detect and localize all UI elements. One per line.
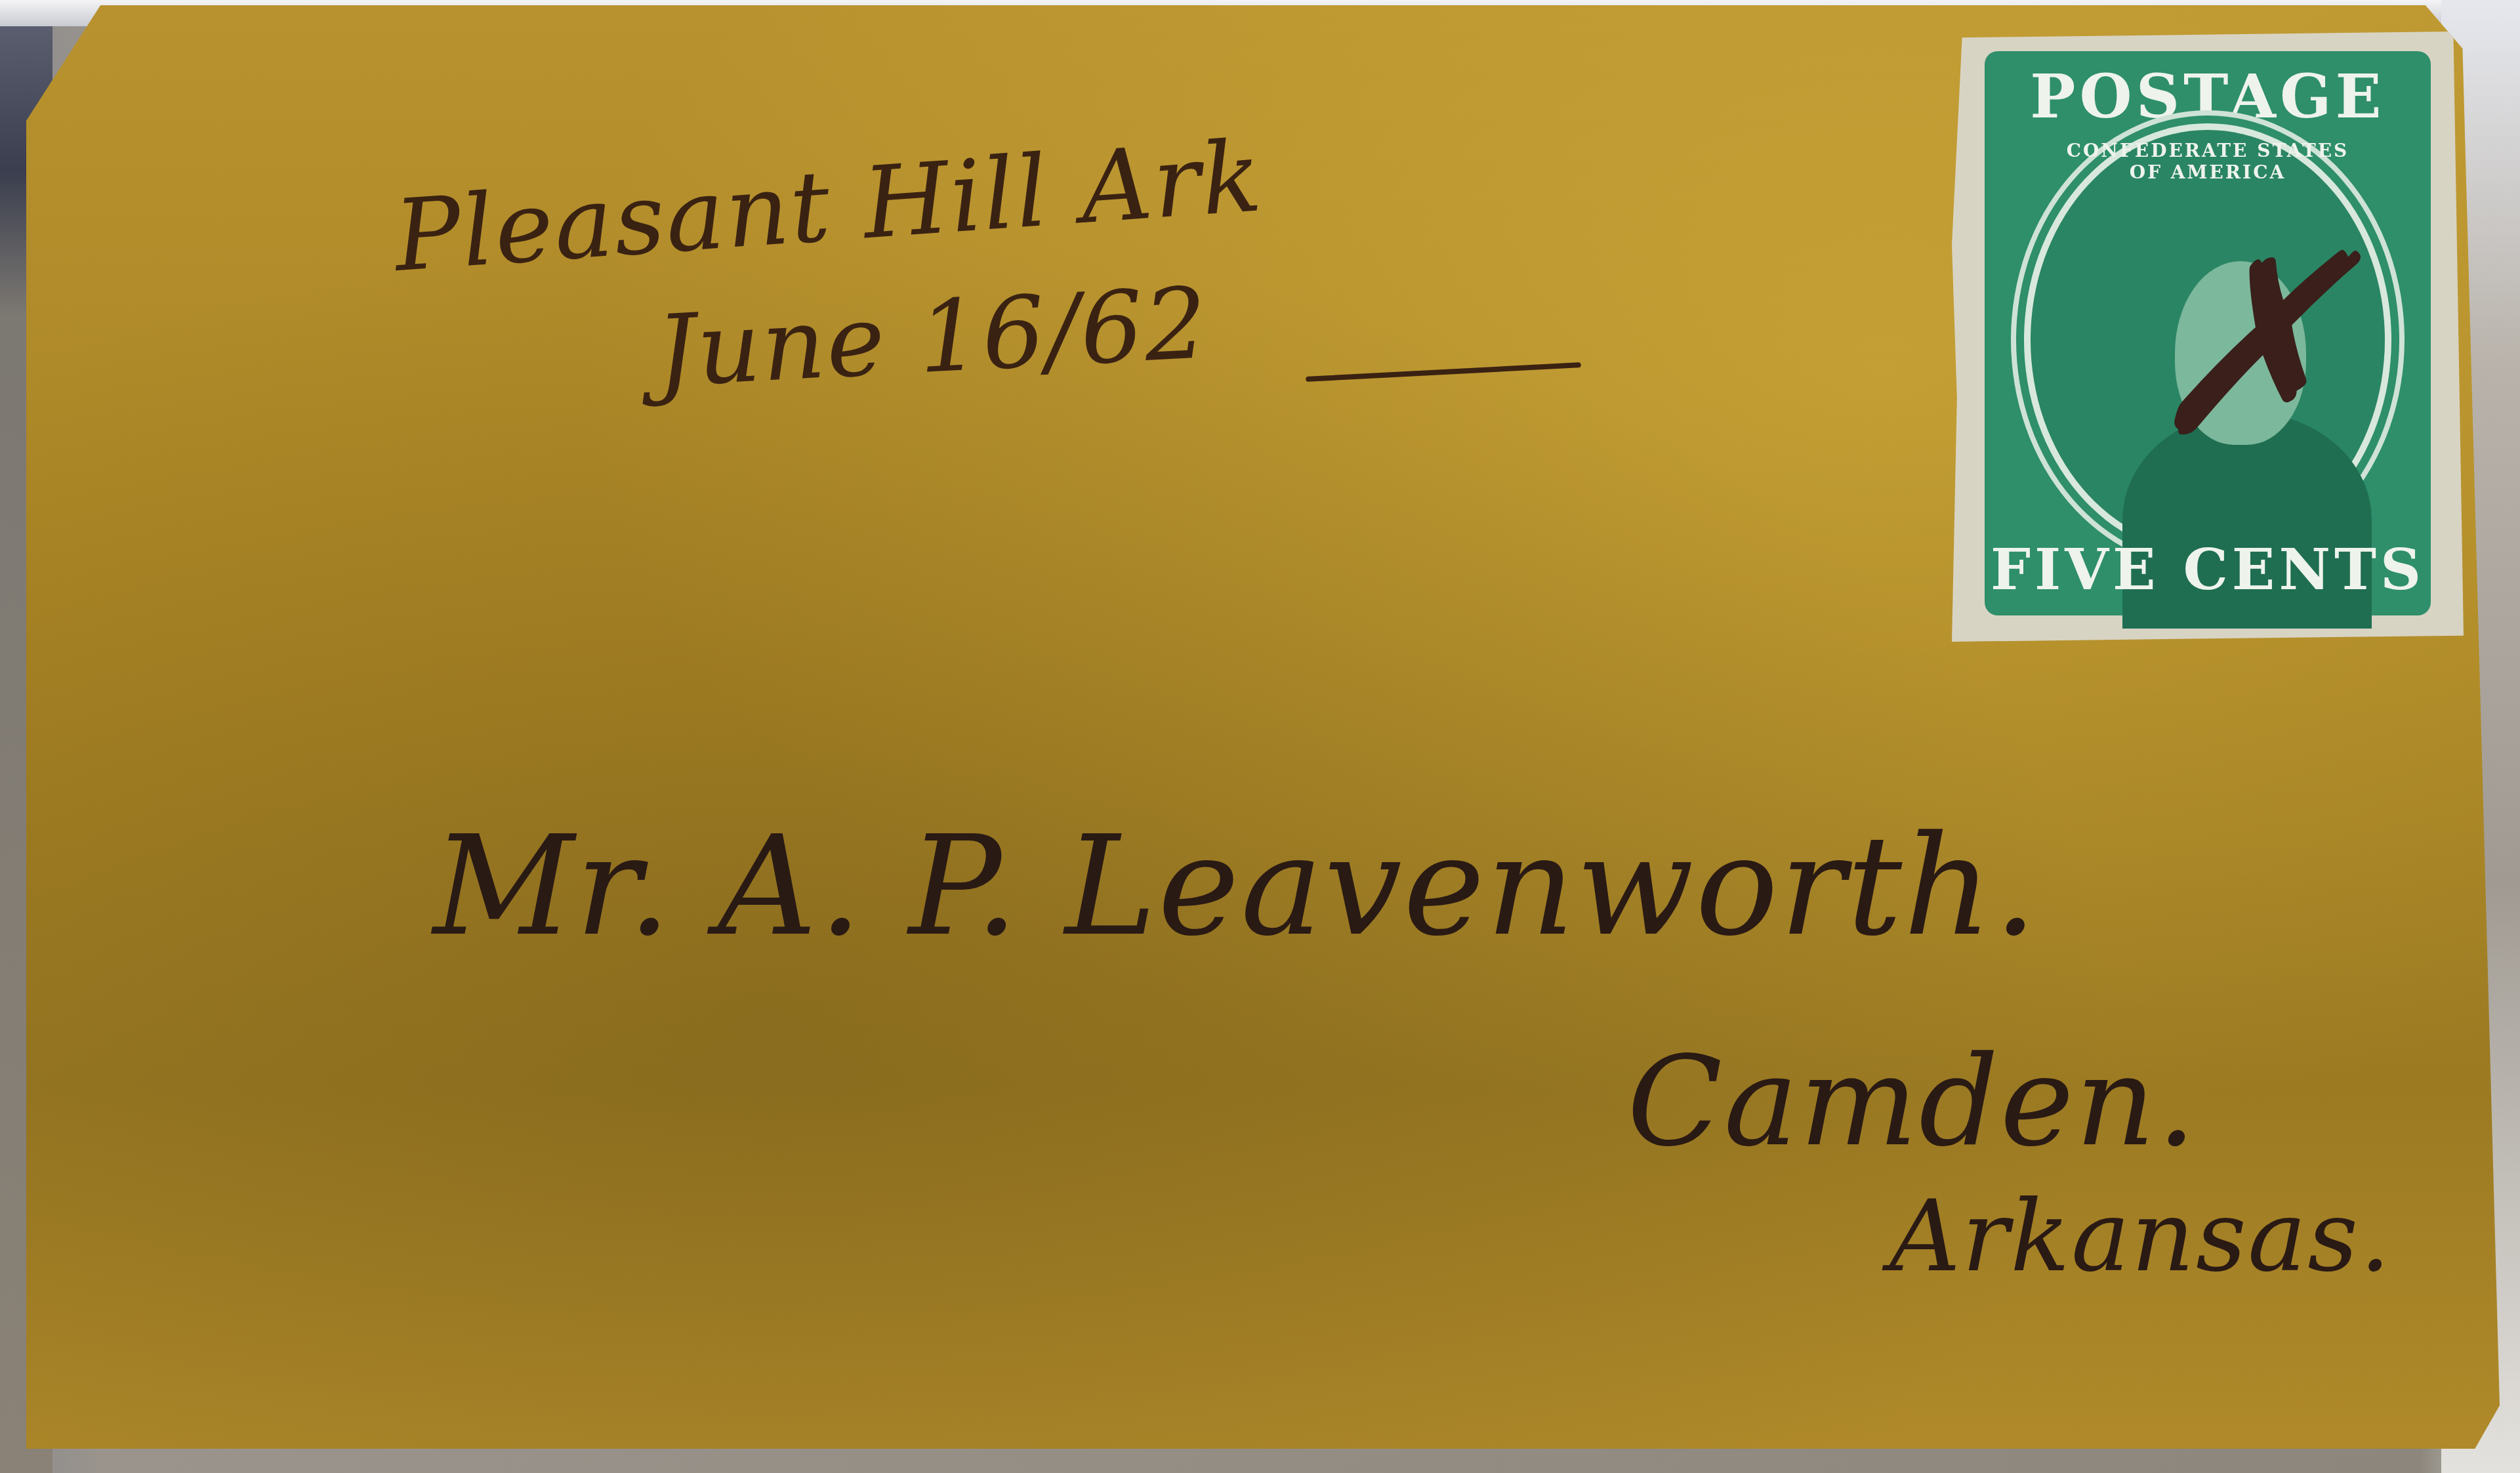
date-underline-flourish [1306, 362, 1581, 382]
stamp-denomination: FIVE CENTS [1985, 537, 2431, 603]
addressee-name: Mr. A. P. Leavenworth. [433, 806, 2038, 966]
stamp-postage-label: POSTAGE [1985, 61, 2431, 132]
origin-date: June 16/62 [653, 266, 1211, 409]
address-state: Arkansas. [1890, 1180, 2392, 1294]
stamp-frame: POSTAGE CONFEDERATE STATES OF AMERICA FI… [1985, 51, 2431, 615]
origin-town: Pleasant Hill Ark [391, 119, 1266, 294]
address-city: Camden. [1627, 1029, 2198, 1174]
pen-cancel-icon: ✗ [2142, 209, 2313, 484]
envelope: Pleasant Hill Ark June 16/62 Mr. A. P. L… [26, 5, 2500, 1449]
stamp-country-label: CONFEDERATE STATES OF AMERICA [2057, 140, 2359, 183]
postage-stamp: POSTAGE CONFEDERATE STATES OF AMERICA FI… [1952, 31, 2464, 642]
